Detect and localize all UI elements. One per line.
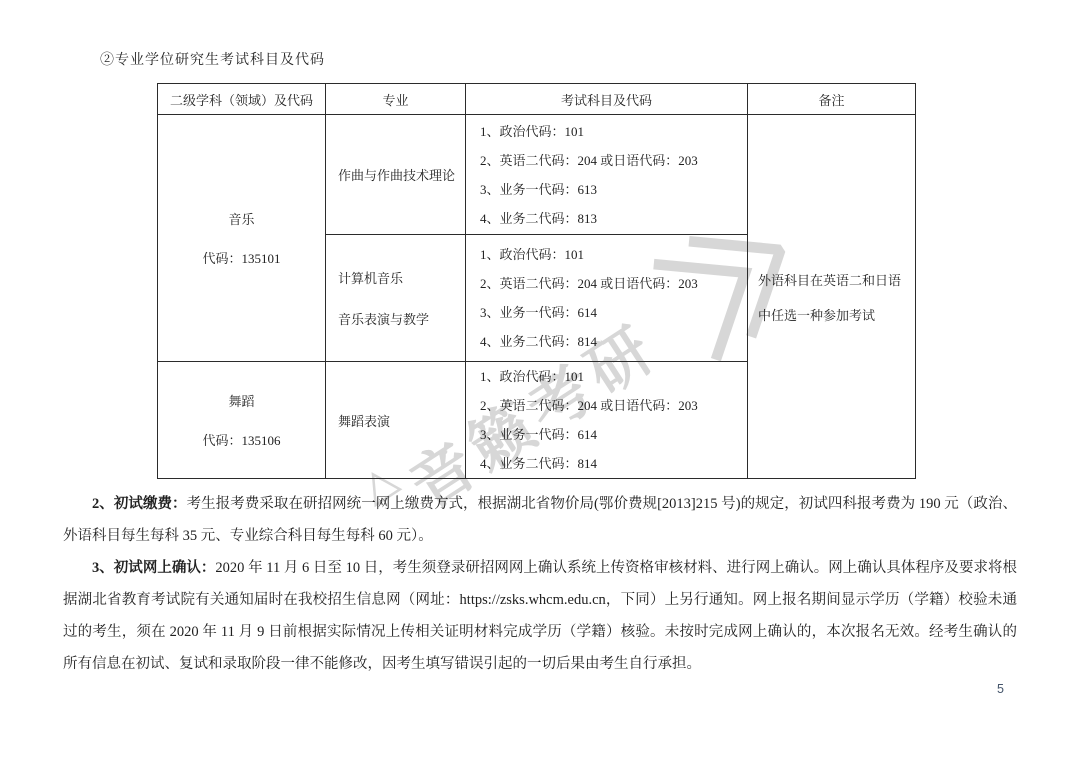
discipline-code: 代码：135106 [202,430,280,449]
col-header-remark: 备注 [748,84,916,115]
cell-major-computer-music: 计算机音乐 音乐表演与教学 [326,235,466,362]
paragraph-fee: 2、初试缴费：考生报考费采取在研招网统一网上缴费方式，根据湖北省物价局(鄂价费规… [63,488,1017,552]
exam-line: 4、业务二代码：814 [480,449,747,478]
major-name: 音乐表演与教学 [338,309,465,328]
paragraph-confirmation-body: 2020 年 11 月 6 日至 10 日，考生须登录研招网网上确认系统上传资格… [63,560,1017,672]
cell-major-composition: 作曲与作曲技术理论 [326,115,466,235]
exam-line: 1、政治代码：101 [480,117,747,146]
paragraph-fee-body: 考生报考费采取在研招网统一网上缴费方式，根据湖北省物价局(鄂价费规[2013]2… [63,496,1017,544]
major-name: 舞蹈表演 [338,411,465,430]
section-title: ②专业学位研究生考试科目及代码 [100,49,325,69]
cell-major-dance-performance: 舞蹈表演 [326,362,466,479]
cell-discipline-music: 音乐 代码：135101 [158,115,326,362]
col-header-discipline: 二级学科（领域）及代码 [158,84,326,115]
cell-discipline-dance: 舞蹈 代码：135106 [158,362,326,479]
exam-table: 二级学科（领域）及代码 专业 考试科目及代码 备注 音乐 代码：135101 作… [157,83,916,479]
discipline-name: 音乐 [228,209,254,228]
exam-line: 3、业务一代码：613 [480,175,747,204]
exam-line: 4、业务二代码：813 [480,204,747,233]
discipline-name: 舞蹈 [228,391,254,410]
exam-line: 2、英语二代码：204 或日语代码：203 [480,146,747,175]
col-header-exam: 考试科目及代码 [466,84,748,115]
exam-line: 1、政治代码：101 [480,362,747,391]
exam-line: 2、英语二代码：204 或日语代码：203 [480,391,747,420]
exam-line: 2、英语二代码：204 或日语代码：203 [480,269,747,298]
remark-line: 外语科目在英语二和日语 [758,270,915,289]
body-text: 2、初试缴费：考生报考费采取在研招网统一网上缴费方式，根据湖北省物价局(鄂价费规… [63,488,1017,680]
cell-exam-row2: 1、政治代码：101 2、英语二代码：204 或日语代码：203 3、业务一代码… [466,235,748,362]
exam-line: 3、业务一代码：614 [480,298,747,327]
exam-line: 4、业务二代码：814 [480,327,747,356]
table-header-row: 二级学科（领域）及代码 专业 考试科目及代码 备注 [158,84,916,115]
major-name: 计算机音乐 [338,268,465,287]
col-header-major: 专业 [326,84,466,115]
cell-exam-row3: 1、政治代码：101 2、英语二代码：204 或日语代码：203 3、业务一代码… [466,362,748,479]
exam-line: 1、政治代码：101 [480,240,747,269]
major-name: 作曲与作曲技术理论 [338,165,465,184]
paragraph-fee-lead: 2、初试缴费： [92,496,187,512]
table-row: 音乐 代码：135101 作曲与作曲技术理论 1、政治代码：101 2、英语二代… [158,115,916,235]
cell-remark: 外语科目在英语二和日语 中任选一种参加考试 [748,115,916,479]
cell-exam-row1: 1、政治代码：101 2、英语二代码：204 或日语代码：203 3、业务一代码… [466,115,748,235]
exam-line: 3、业务一代码：614 [480,420,747,449]
discipline-code: 代码：135101 [202,248,280,267]
page-number: 5 [997,682,1004,696]
paragraph-confirmation-lead: 3、初试网上确认： [92,560,215,576]
remark-line: 中任选一种参加考试 [758,305,915,324]
paragraph-confirmation: 3、初试网上确认：2020 年 11 月 6 日至 10 日，考生须登录研招网网… [63,552,1017,680]
